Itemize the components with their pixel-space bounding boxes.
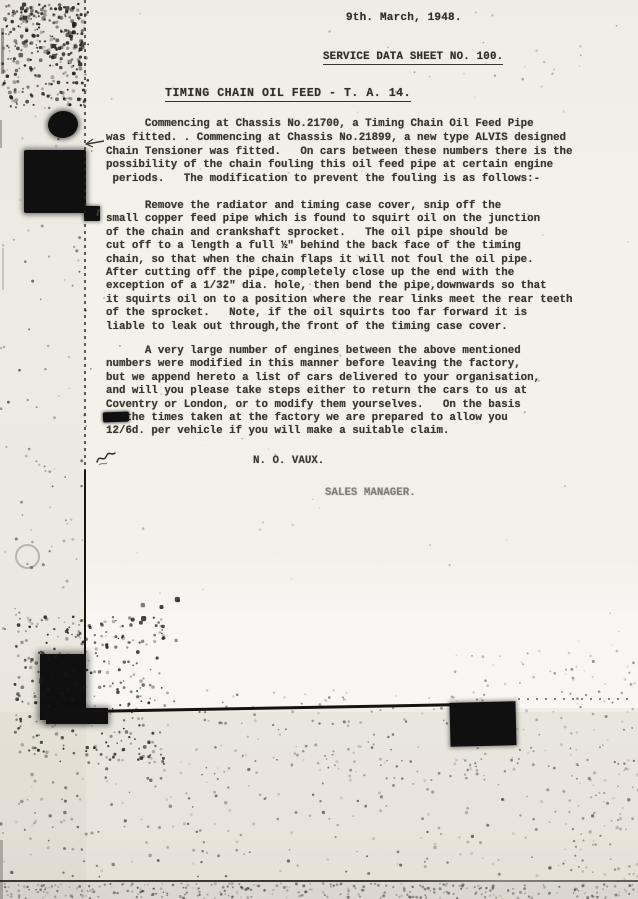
speckle-dots bbox=[0, 0, 1, 1]
speckle-dots bbox=[0, 0, 1, 1]
left-edge-streak bbox=[1, 28, 4, 74]
signature-role: SALES MANAGER. bbox=[325, 487, 416, 499]
speckle-dots bbox=[0, 0, 1, 1]
page-bottom-scan-line bbox=[0, 880, 638, 882]
page-bottom-edge-band bbox=[0, 882, 638, 899]
ink-blot-bottom-left bbox=[40, 654, 86, 720]
speckle-dots bbox=[0, 0, 1, 1]
overlaid-sheet-bright-area bbox=[86, 545, 638, 708]
document-date: 9th. March, 1948. bbox=[346, 12, 462, 24]
speckle-dots bbox=[0, 0, 1, 1]
left-edge-streak bbox=[0, 840, 3, 899]
scanned-service-bulletin-page: 9th. March, 1948. SERVICE DATA SHEET NO.… bbox=[0, 0, 638, 899]
ink-blot-circle bbox=[46, 109, 79, 140]
sheet-title: SERVICE DATA SHEET NO. 100. bbox=[323, 51, 503, 65]
ink-blot-bottom-left-foot bbox=[46, 708, 108, 724]
speckle-dots bbox=[0, 0, 1, 1]
left-edge-streak bbox=[0, 120, 2, 148]
signature-name: N. O. VAUX. bbox=[253, 455, 324, 467]
vertical-crease-dotted bbox=[84, 0, 86, 472]
pen-scribble-mark bbox=[95, 450, 117, 467]
left-edge-streak bbox=[2, 248, 4, 290]
speckle-dots bbox=[0, 0, 1, 1]
horizontal-sheet-edge-line bbox=[86, 703, 452, 712]
vertical-crease-solid bbox=[84, 470, 86, 658]
bottom-dusty-area bbox=[0, 712, 638, 881]
ink-blot-rectangle-top bbox=[24, 150, 86, 213]
speckle-dots bbox=[0, 0, 1, 1]
pen-arrow-mark bbox=[84, 136, 106, 148]
paragraph-2: Remove the radiator and timing case cove… bbox=[106, 200, 573, 334]
subject-heading: TIMING CHAIN OIL FEED - T. A. 14. bbox=[165, 87, 411, 102]
speckle-dots bbox=[0, 0, 1, 1]
stray-apostrophe-mark bbox=[96, 209, 99, 216]
speckle-dots bbox=[0, 0, 1, 1]
speckle-dots bbox=[0, 0, 1, 1]
ink-blot-bottom-middle bbox=[449, 701, 516, 747]
speckle-dots bbox=[0, 0, 1, 1]
paragraph-3: A very large number of engines between t… bbox=[106, 345, 540, 439]
paragraph-1: Commencing at Chassis No.21700, a Timing… bbox=[106, 118, 573, 187]
left-margin-shading bbox=[0, 0, 86, 899]
dotted-line-right bbox=[518, 698, 632, 700]
ink-blot-rectangle-top-foot bbox=[84, 206, 100, 221]
hole-punch-ring bbox=[15, 544, 40, 569]
